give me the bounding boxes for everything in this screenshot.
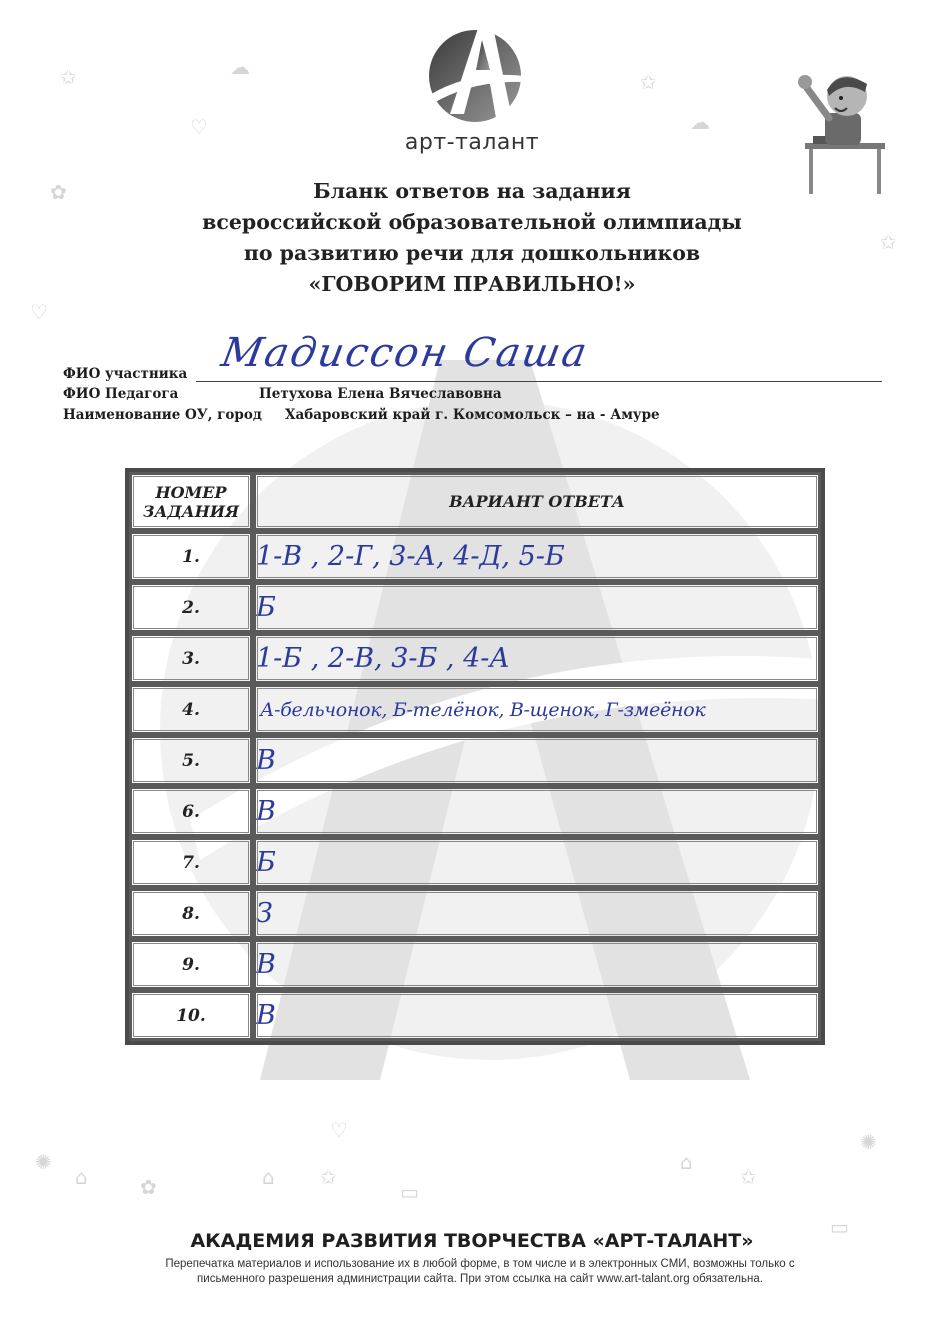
title-line-3: по развитию речи для дошкольников [0,238,944,269]
footer-note-line-1: Перепечатка материалов и использование и… [90,1257,870,1272]
task-answer[interactable]: В [253,990,821,1041]
doodle-cloud-icon: ☁ [690,110,710,134]
doodle-heart-icon: ♡ [190,115,208,139]
doodle-cloud-icon: ☁ [230,55,250,79]
table-row: 2.Б [129,582,821,633]
task-number: 2. [129,582,253,633]
table-row: 3.1-Б , 2-В, 3-Б , 4-А [129,633,821,684]
task-answer[interactable]: В [253,735,821,786]
doodle-car-icon: ▭ [400,1180,419,1204]
doodle-star-icon: ✩ [320,1165,337,1189]
doodle-house-icon: ⌂ [75,1165,88,1189]
footer-copyright-note: Перепечатка материалов и использование и… [90,1257,870,1287]
answers-table: НОМЕР ЗАДАНИЯ ВАРИАНТ ОТВЕТА 1.1-В , 2-Г… [125,468,825,1045]
task-answer[interactable]: Б [253,837,821,888]
footer-note-line-2: письменного разрешения администрации сай… [90,1272,870,1287]
header-task-number: НОМЕР ЗАДАНИЯ [129,472,253,531]
teacher-label: ФИО Педагога [63,386,178,402]
participant-name-handwritten[interactable]: Мадиссон Саша [218,330,592,376]
header-answer-variant: ВАРИАНТ ОТВЕТА [253,472,821,531]
task-number: 4. [129,684,253,735]
table-row: 6.В [129,786,821,837]
table-row: 4.А-бельчонок, Б-телёнок, В-щенок, Г-зме… [129,684,821,735]
form-title: Бланк ответов на задания всероссийской о… [0,176,944,300]
participant-label: ФИО участника [63,366,187,382]
task-answer[interactable]: Б [253,582,821,633]
doodle-sun-icon: ✺ [35,1150,52,1174]
table-row: 1.1-В , 2-Г, 3-А, 4-Д, 5-Б [129,531,821,582]
table-row: 7.Б [129,837,821,888]
task-number: 6. [129,786,253,837]
task-number: 10. [129,990,253,1041]
task-number: 5. [129,735,253,786]
header-task-number-line2: ЗАДАНИЯ [132,502,250,521]
header-task-number-line1: НОМЕР [132,483,250,502]
footer-academy-title: АКАДЕМИЯ РАЗВИТИЯ ТВОРЧЕСТВА «АРТ-ТАЛАНТ… [0,1230,944,1252]
task-answer[interactable]: З [253,888,821,939]
brand-name: арт-талант [402,130,542,155]
title-line-2: всероссийской образовательной олимпиады [0,207,944,238]
art-talant-logo-icon [420,18,530,128]
table-row: 10.В [129,990,821,1041]
task-answer[interactable]: В [253,939,821,990]
doodle-sun-icon: ✺ [860,1130,877,1154]
task-number: 8. [129,888,253,939]
doodle-flower-icon: ✿ [140,1175,157,1199]
doodle-star-icon: ✩ [740,1165,757,1189]
table-row: 8.З [129,888,821,939]
task-number: 7. [129,837,253,888]
doodle-star-icon: ✩ [60,65,77,89]
teacher-value: Петухова Елена Вячеславовна [259,386,502,402]
title-line-4: «ГОВОРИМ ПРАВИЛЬНО!» [0,269,944,300]
table-header-row: НОМЕР ЗАДАНИЯ ВАРИАНТ ОТВЕТА [129,472,821,531]
table-row: 9.В [129,939,821,990]
school-value: Хабаровский край г. Комсомольск – на - А… [285,407,660,423]
title-line-1: Бланк ответов на задания [0,176,944,207]
task-answer[interactable]: 1-В , 2-Г, 3-А, 4-Д, 5-Б [253,531,821,582]
doodle-house-icon: ⌂ [680,1150,693,1174]
table-row: 5.В [129,735,821,786]
task-number: 3. [129,633,253,684]
task-answer[interactable]: В [253,786,821,837]
doodle-house-icon: ⌂ [262,1165,275,1189]
doodle-heart-icon: ♡ [330,1118,348,1142]
school-label: Наименование ОУ, город [63,407,262,423]
participant-signature-line [196,381,882,382]
task-number: 1. [129,531,253,582]
doodle-heart-icon: ♡ [30,300,48,324]
task-number: 9. [129,939,253,990]
task-answer[interactable]: 1-Б , 2-В, 3-Б , 4-А [253,633,821,684]
doodle-star-icon: ✩ [640,70,657,94]
task-answer[interactable]: А-бельчонок, Б-телёнок, В-щенок, Г-змеён… [253,684,821,735]
